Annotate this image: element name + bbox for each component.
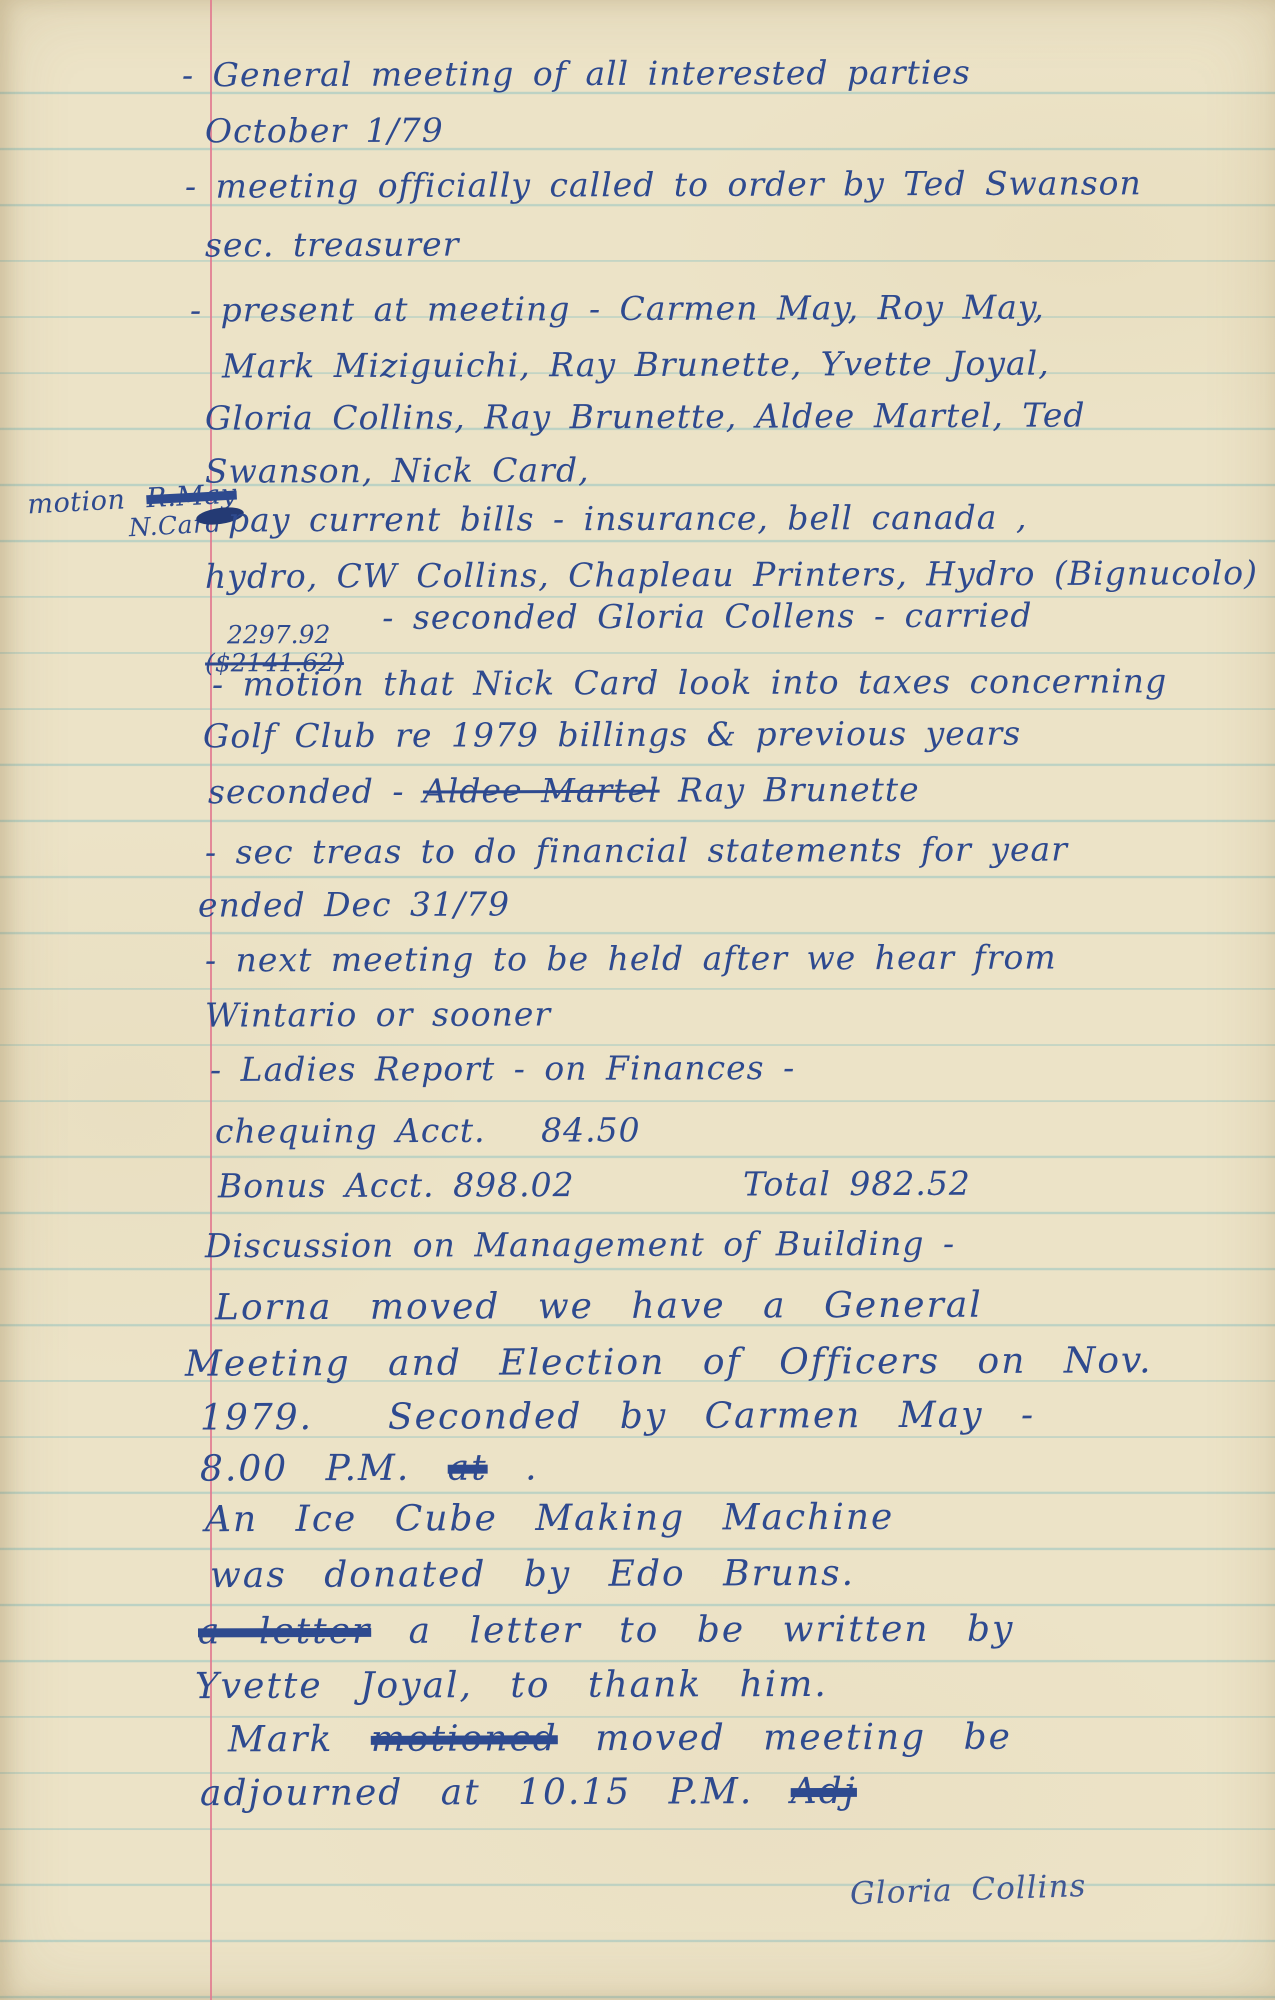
seconded-pre: seconded - [208, 771, 423, 811]
handwritten-line: was donated by Edo Bruns. [210, 1553, 855, 1597]
notebook-page: - General meeting of all interested part… [0, 0, 1275, 2000]
handwritten-line: Swanson, Nick Card, [205, 451, 590, 490]
handwritten-line-adjourn-time: adjourned at 10.15 P.M. Adj [200, 1771, 857, 1815]
handwritten-line: Mark Miziguichi, Ray Brunette, Yvette Jo… [222, 345, 1050, 386]
handwritten-line: Discussion on Management of Building - [205, 1225, 955, 1266]
seconded-post: Ray Brunette [678, 770, 920, 810]
letter-struck-words: a letter [198, 1611, 371, 1653]
adjourn-move-struck-word: motioned [371, 1718, 558, 1760]
handwritten-line: - present at meeting - Carmen May, Roy M… [190, 289, 1045, 330]
handwritten-line-adjourn-move: Mark motioned moved meeting be [228, 1717, 1012, 1761]
handwritten-line: pay current bills - insurance, bell cana… [228, 499, 1028, 540]
handwritten-line: An Ice Cube Making Machine [205, 1497, 894, 1541]
time-pre: 8.00 P.M. [200, 1448, 448, 1490]
total-text: Total 982.52 [743, 1164, 971, 1204]
adjourn-time-struck-word: Adj [791, 1771, 857, 1812]
handwritten-line: hydro, CW Collins, Chapleau Printers, Hy… [205, 554, 1258, 596]
handwritten-line: - sec treas to do financial statements f… [205, 830, 1068, 871]
signature: Gloria Collins [849, 1868, 1087, 1912]
bill-amount-new: 2297.92 [227, 621, 344, 649]
handwritten-line: - motion that Nick Card look into taxes … [212, 662, 1167, 703]
handwritten-line: Meeting and Election of Officers on Nov. [185, 1340, 1153, 1385]
handwritten-line: Wintario or sooner [205, 995, 551, 1034]
handwritten-line: Gloria Collins, Ray Brunette, Aldee Mart… [205, 396, 1086, 437]
handwritten-line: - next meeting to be held after we hear … [205, 939, 1057, 980]
handwritten-line: ended Dec 31/79 [198, 885, 510, 924]
seconded-carried-text: - seconded Gloria Collens - carried [382, 596, 1032, 637]
handwritten-line: - meeting officially called to order by … [185, 164, 1142, 205]
adjourn-move-post: moved meeting be [595, 1717, 1012, 1759]
handwritten-line-accounts: Bonus Acct. 898.02 Total 982.52 [218, 1165, 971, 1206]
handwritten-line: - General meeting of all interested part… [182, 54, 971, 95]
bonus-account-text: Bonus Acct. 898.02 [218, 1165, 575, 1205]
seconded-struck-name: Aldee Martel [423, 771, 660, 811]
handwritten-line: Lorna moved we have a General [215, 1285, 983, 1329]
time-struck-word: at [448, 1448, 488, 1489]
time-post: . [525, 1447, 539, 1488]
handwritten-line: 1979. Seconded by Carmen May - [200, 1395, 1035, 1439]
handwritten-line: sec. treasurer [205, 226, 460, 265]
handwritten-line: - Ladies Report - on Finances - [210, 1049, 795, 1089]
handwritten-line-time: 8.00 P.M. at . [200, 1447, 539, 1490]
adjourn-time-pre: adjourned at 10.15 P.M. [200, 1771, 791, 1814]
letter-post: a letter to be written by [409, 1609, 1015, 1652]
adjourn-move-pre: Mark [228, 1719, 371, 1760]
handwritten-line: Golf Club re 1979 billings & previous ye… [203, 715, 1021, 756]
handwritten-line-letter: a letter a letter to be written by [198, 1609, 1015, 1653]
handwritten-line: October 1/79 [205, 112, 444, 151]
handwritten-line: Yvette Joyal, to thank him. [195, 1664, 828, 1708]
handwritten-line: chequing Acct. 84.50 [215, 1111, 641, 1150]
handwritten-line-seconded: seconded - Aldee Martel Ray Brunette [208, 771, 920, 811]
margin-note-label: motion [27, 484, 126, 520]
